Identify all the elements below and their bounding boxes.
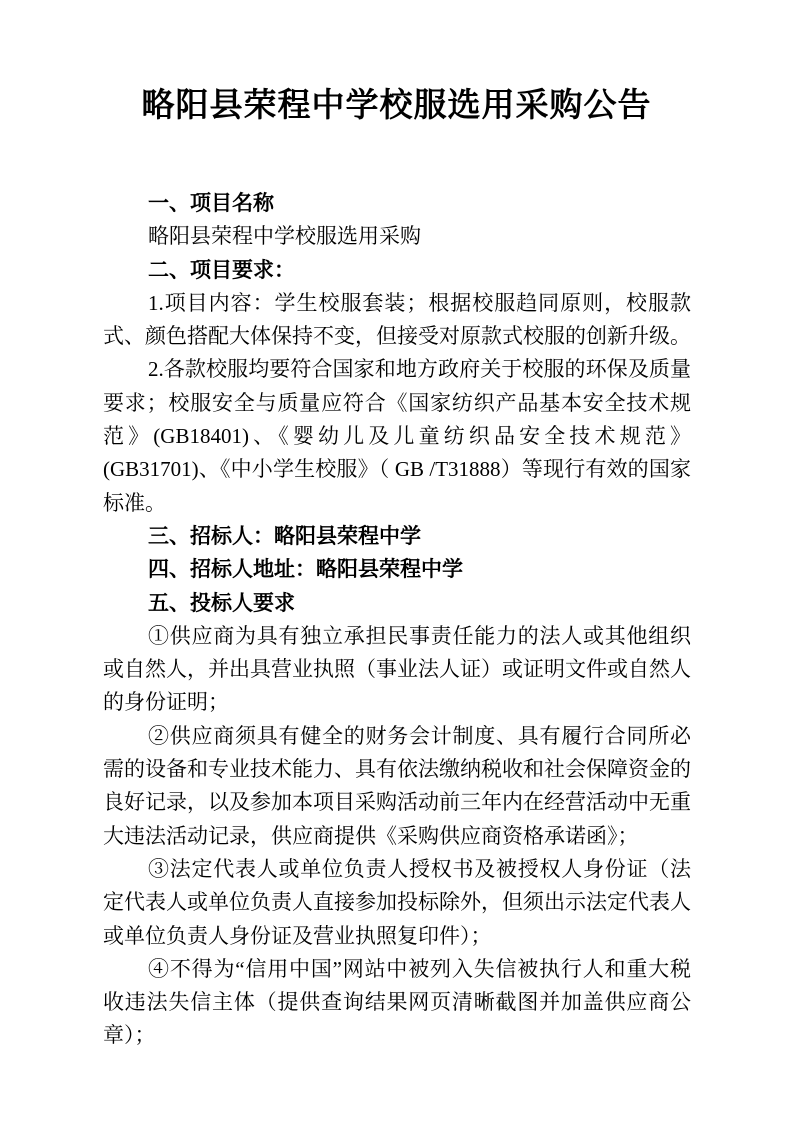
document-title: 略阳县荣程中学校服选用采购公告: [0, 0, 793, 128]
paragraph: 略阳县荣程中学校服选用采购: [103, 220, 691, 253]
paragraph: ③法定代表人或单位负责人授权书及被授权人身份证（法定代表人或单位负责人直接参加投…: [103, 853, 691, 953]
paragraph: ②供应商须具有健全的财务会计制度、具有履行合同所必需的设备和专业技术能力、具有依…: [103, 720, 691, 853]
section-heading: 二、项目要求：: [103, 254, 691, 287]
paragraph: 2.各款校服均要符合国家和地方政府关于校服的环保及质量要求；校服安全与质量应符合…: [103, 353, 691, 519]
paragraph: 1.项目内容：学生校服套装；根据校服趋同原则，校服款式、颜色搭配大体保持不变，但…: [103, 287, 691, 354]
section-heading: 三、招标人：略阳县荣程中学: [103, 520, 691, 553]
document-body: 一、项目名称略阳县荣程中学校服选用采购二、项目要求：1.项目内容：学生校服套装；…: [103, 187, 691, 1053]
document-page: 略阳县荣程中学校服选用采购公告 一、项目名称略阳县荣程中学校服选用采购二、项目要…: [0, 0, 793, 1122]
section-heading: 五、投标人要求: [103, 587, 691, 620]
section-heading: 一、项目名称: [103, 187, 691, 220]
paragraph: ④不得为“信用中国”网站中被列入失信被执行人和重大税收违法失信主体（提供查询结果…: [103, 953, 691, 1053]
paragraph: ①供应商为具有独立承担民事责任能力的法人或其他组织或自然人，并出具营业执照（事业…: [103, 620, 691, 720]
section-heading: 四、招标人地址：略阳县荣程中学: [103, 553, 691, 586]
